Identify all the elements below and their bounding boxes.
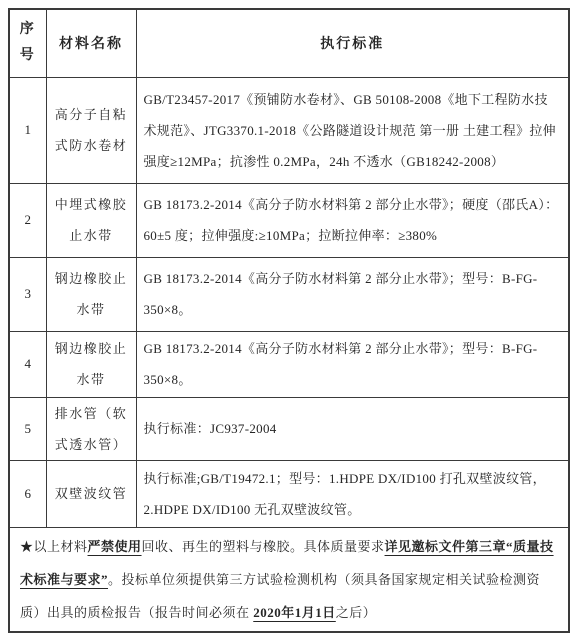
material-name-cell: 中埋式橡胶止水带	[46, 183, 136, 257]
standard-cell: 执行标准：JC937-2004	[136, 397, 569, 460]
standard-cell: GB 18173.2-2014《高分子防水材料第 2 部分止水带》；型号：B-F…	[136, 257, 569, 331]
table-row: 2 中埋式橡胶止水带 GB 18173.2-2014《高分子防水材料第 2 部分…	[9, 183, 569, 257]
note-text: 回收、再生的塑料与橡胶。具体质量要求	[142, 539, 385, 554]
column-header-material-name: 材料名称	[46, 9, 136, 77]
serial-number-cell: 1	[9, 77, 46, 183]
table-row: 6 双壁波纹管 执行标准;GB/T19472.1；型号：1.HDPE DX/ID…	[9, 460, 569, 527]
column-header-standard: 执行标准	[136, 9, 569, 77]
serial-number-cell: 6	[9, 460, 46, 527]
serial-number-cell: 5	[9, 397, 46, 460]
document-page: 序号 材料名称 执行标准 1 高分子自粘式防水卷材 GB/T23457-2017…	[0, 0, 575, 633]
material-name-cell: 排水管（软式透水管）	[46, 397, 136, 460]
material-name-cell: 高分子自粘式防水卷材	[46, 77, 136, 183]
footnote-row: ★以上材料严禁使用回收、再生的塑料与橡胶。具体质量要求详见邀标文件第三章“质量技…	[9, 527, 569, 632]
material-name-cell: 钢边橡胶止水带	[46, 331, 136, 397]
table-header-row: 序号 材料名称 执行标准	[9, 9, 569, 77]
serial-number-cell: 4	[9, 331, 46, 397]
note-text: ★以上材料	[20, 539, 88, 554]
note-emphasized-text: 2020年1月1日	[253, 605, 336, 620]
serial-number-cell: 2	[9, 183, 46, 257]
table-row: 3 钢边橡胶止水带 GB 18173.2-2014《高分子防水材料第 2 部分止…	[9, 257, 569, 331]
material-name-cell: 双壁波纹管	[46, 460, 136, 527]
table-row: 1 高分子自粘式防水卷材 GB/T23457-2017《预铺防水卷材》、GB 5…	[9, 77, 569, 183]
table-row: 5 排水管（软式透水管） 执行标准：JC937-2004	[9, 397, 569, 460]
serial-number-cell: 3	[9, 257, 46, 331]
column-header-serial-number: 序号	[9, 9, 46, 77]
note-text: 之后）	[336, 605, 377, 620]
standard-cell: GB 18173.2-2014《高分子防水材料第 2 部分止水带》；硬度（邵氏A…	[136, 183, 569, 257]
table-row: 4 钢边橡胶止水带 GB 18173.2-2014《高分子防水材料第 2 部分止…	[9, 331, 569, 397]
quality-requirement-note: ★以上材料严禁使用回收、再生的塑料与橡胶。具体质量要求详见邀标文件第三章“质量技…	[9, 527, 569, 632]
material-standards-table: 序号 材料名称 执行标准 1 高分子自粘式防水卷材 GB/T23457-2017…	[8, 8, 570, 633]
standard-cell: 执行标准;GB/T19472.1；型号：1.HDPE DX/ID100 打孔双壁…	[136, 460, 569, 527]
standard-cell: GB 18173.2-2014《高分子防水材料第 2 部分止水带》；型号：B-F…	[136, 331, 569, 397]
note-emphasized-text: 严禁使用	[88, 539, 142, 554]
standard-cell: GB/T23457-2017《预铺防水卷材》、GB 50108-2008《地下工…	[136, 77, 569, 183]
material-name-cell: 钢边橡胶止水带	[46, 257, 136, 331]
